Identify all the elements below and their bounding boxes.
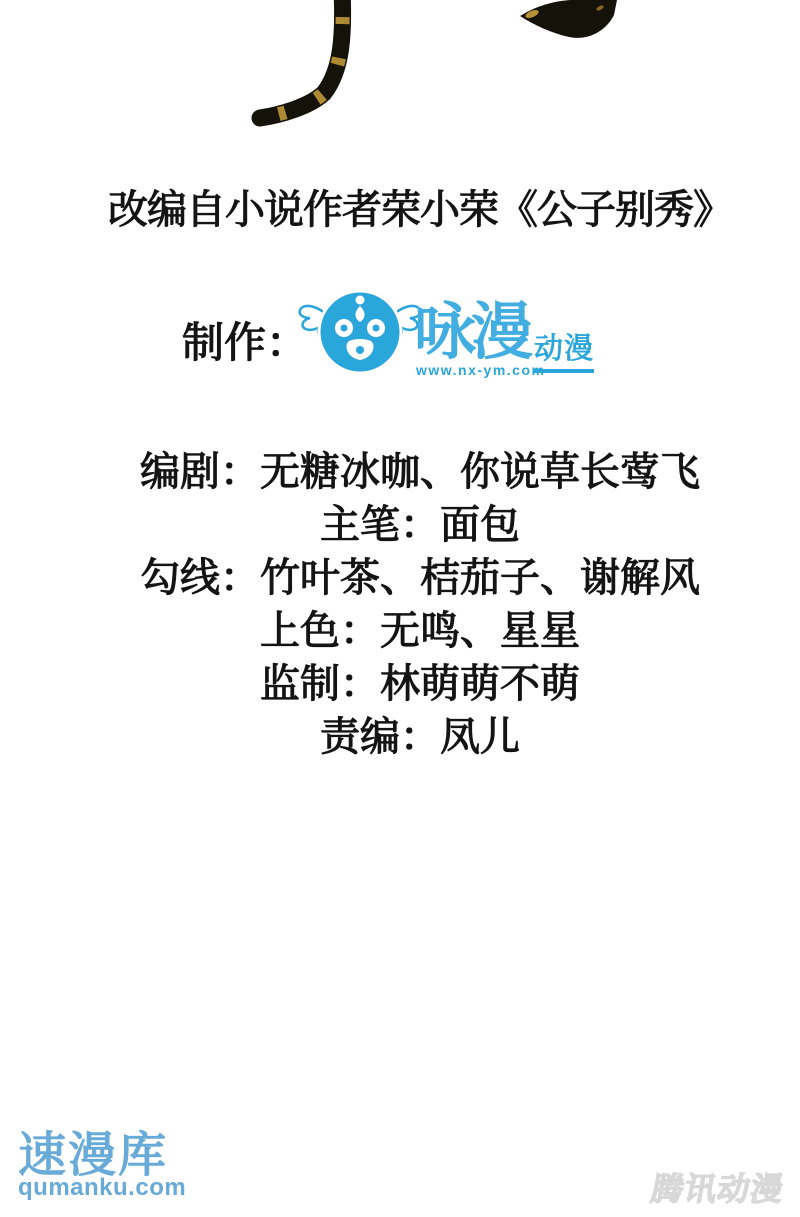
credit-names: 无糖冰咖、你说草长莺飞	[260, 450, 700, 494]
credit-line-lineart: 勾线：竹叶茶、桔茄子、谢解风	[40, 552, 800, 605]
credit-line-editor: 责编：凤儿	[40, 711, 800, 764]
credit-names: 面包	[440, 503, 520, 547]
credit-role: 勾线：	[140, 556, 260, 600]
credit-names: 林萌萌不萌	[380, 662, 580, 706]
credit-line-lead-artist: 主笔：面包	[40, 499, 800, 552]
site-watermark-url: qumanku.com	[18, 1176, 186, 1200]
platform-watermark: 腾讯动漫	[648, 1164, 788, 1210]
credit-role: 上色：	[260, 609, 380, 653]
credit-names: 竹叶茶、桔茄子、谢解风	[260, 556, 700, 600]
site-watermark-name: 速漫库	[18, 1132, 186, 1180]
production-row: 制作： 咏漫 动漫 www.nx-ym.com	[0, 270, 800, 390]
comic-credits-page: 改编自小说作者荣小荣《公子别秀》 制作： 咏漫 动漫 www.nx-ym.com	[0, 0, 800, 1217]
credit-line-coloring: 上色：无鸣、星星	[40, 605, 800, 658]
brush-stroke-left-icon	[248, 0, 360, 128]
brush-stroke-right-icon	[505, 0, 617, 46]
credit-role: 主笔：	[320, 503, 440, 547]
credit-role: 责编：	[320, 715, 440, 759]
credit-names: 凤儿	[440, 715, 520, 759]
credits-list: 编剧：无糖冰咖、你说草长莺飞 主笔：面包 勾线：竹叶茶、桔茄子、谢解风 上色：无…	[40, 446, 800, 764]
credit-role: 编剧：	[140, 450, 260, 494]
production-label: 制作：	[182, 310, 308, 370]
studio-logo-name: 咏漫	[414, 282, 528, 371]
studio-url: www.nx-ym.com	[416, 362, 545, 378]
credit-names: 无鸣、星星	[380, 609, 580, 653]
credit-line-supervisor: 监制：林萌萌不萌	[40, 658, 800, 711]
site-watermark: 速漫库 qumanku.com	[18, 1132, 186, 1200]
credit-line-screenwriter: 编剧：无糖冰咖、你说草长莺飞	[40, 446, 800, 499]
credit-role: 监制：	[260, 662, 380, 706]
adaptation-note: 改编自小说作者荣小荣《公子别秀》	[40, 178, 800, 235]
studio-winged-circle-logo-icon	[296, 284, 424, 380]
